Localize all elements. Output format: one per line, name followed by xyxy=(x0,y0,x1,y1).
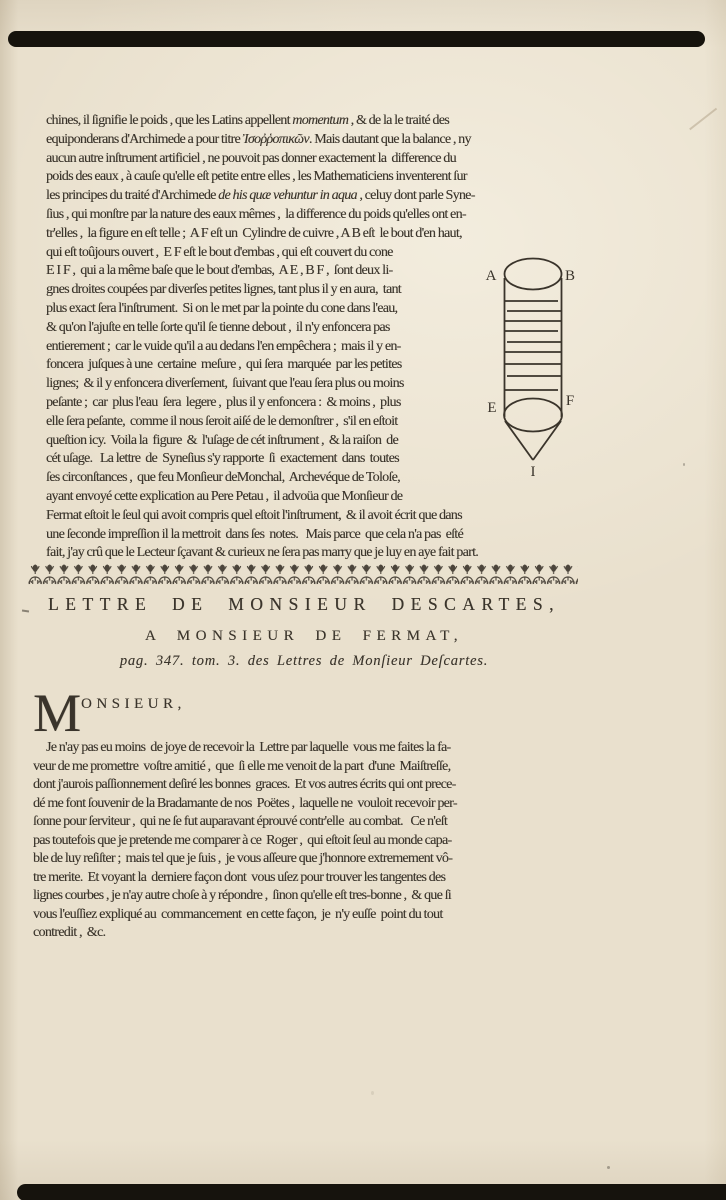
figure-label-e: E xyxy=(487,400,496,416)
text-line: contredit , &c. xyxy=(33,924,588,943)
letter-body-paragraph: Je n'ay pas eu moins de joye de recevoir… xyxy=(33,739,588,943)
fleuron-ornament-band xyxy=(28,563,578,588)
text-line: dé me font ſouvenir de la Bradamante de … xyxy=(33,795,588,814)
text-line: dont j'aurois paſſionnement deſiré les b… xyxy=(33,776,588,795)
text-line: Je n'ay pas eu moins de joye de recevoir… xyxy=(33,739,588,758)
cylinder-top-ellipse xyxy=(505,259,562,290)
text-line: Fermat eſtoit le ſeul qui avoit compris … xyxy=(46,507,583,526)
text-line: aucun autre inſtrument artificiel , ne p… xyxy=(46,150,583,169)
figure-label-f: F xyxy=(566,393,574,409)
scanner-edge-bar-bottom xyxy=(17,1184,726,1200)
letter-citation: pag. 347. tom. 3. des Lettres de Monſieu… xyxy=(28,653,580,670)
cone-left-side xyxy=(505,421,533,460)
text-line: fait, j'ay crû que le Lecteur ſçavant & … xyxy=(46,544,583,563)
text-line: les principes du traité d'Archimede de h… xyxy=(46,187,583,206)
text-line: lignes courbes , je n'ay autre choſe à y… xyxy=(33,887,588,906)
ink-speck xyxy=(683,463,685,466)
text-line: tre merite. Et voyant la derniere façon … xyxy=(33,869,588,888)
text-line: ſius , qui monſtre par la nature des eau… xyxy=(46,206,583,225)
ink-speck xyxy=(607,1166,610,1169)
cylinder-bottom-ellipse xyxy=(504,399,562,432)
letter-subtitle: A MONSIEUR DE FERMAT, xyxy=(28,628,580,645)
fleuron-pattern-fill xyxy=(28,563,578,588)
paper-crease-mark xyxy=(689,108,717,130)
hydrometer-figure: A B E F I xyxy=(483,249,584,484)
salutation-text: ONSIEUR, xyxy=(81,696,186,713)
text-line: poids des eaux , à cauſe qu'elle eſt pet… xyxy=(46,168,583,187)
text-line: ayant envoyé cette explication au Pere P… xyxy=(46,488,583,507)
ink-speck xyxy=(371,1091,374,1095)
scanner-edge-bar-top xyxy=(8,31,705,47)
text-line: tr'elles , la figure en eſt telle ; A F … xyxy=(46,225,583,244)
figure-label-b: B xyxy=(565,268,575,284)
text-line: equiponderans d'Archimede a pour titre Ἰ… xyxy=(46,131,583,150)
text-line: une ſeconde impreſſion il la mettroit da… xyxy=(46,526,583,545)
letter-title: LETTRE DE MONSIEUR DESCARTES, xyxy=(28,594,580,615)
text-line: veur de me promettre voſtre amitié , que… xyxy=(33,758,588,777)
dropcap-initial: M xyxy=(33,686,81,740)
text-line: ſonne pour ſerviteur , qui ne ſe fut aup… xyxy=(33,813,588,832)
scanned-book-page: chines, il ſignifie le poids , que les L… xyxy=(0,0,726,1200)
text-line: chines, il ſignifie le poids , que les L… xyxy=(46,112,583,131)
text-line: ble de luy reſiſter ; mais tel que je ſu… xyxy=(33,850,588,869)
text-line: vous l'euſſiez expliqué au commancement … xyxy=(33,906,588,925)
figure-label-a: A xyxy=(486,268,497,284)
figure-label-i: I xyxy=(531,464,536,480)
text-line: pas toutefois que je pretende me compare… xyxy=(33,832,588,851)
cone-right-side xyxy=(533,421,561,460)
